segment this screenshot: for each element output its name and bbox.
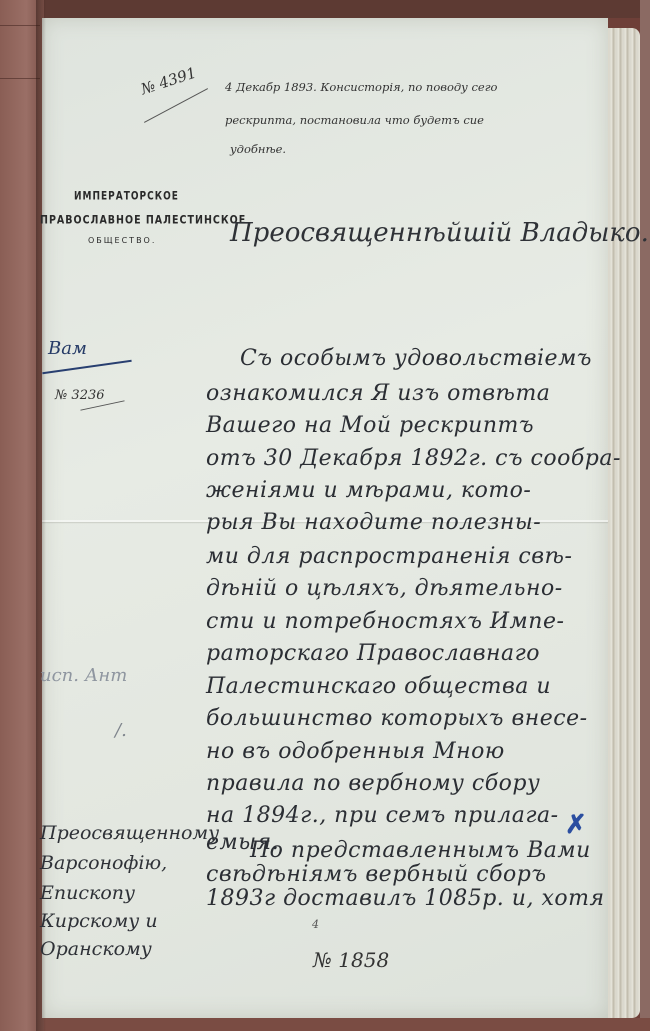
addressee-line: Варсонофію, (40, 852, 167, 874)
margin-number: № 3236 (55, 388, 105, 403)
body-line: Вашего на Мой рескриптъ (206, 413, 534, 438)
margin-note-blue: Вам (48, 338, 87, 359)
top-note-line-1: 4 Декабр 1893. Консисторія, по поводу се… (225, 80, 497, 94)
addressee-line: Оранскому (40, 938, 152, 960)
salutation: Преосвященнѣйшій Владыко. (230, 218, 649, 248)
body-line: рыя Вы находите полезны- (206, 510, 541, 535)
body-line: отъ 30 Декабря 1892г. съ сообра- (206, 446, 621, 471)
body-line: но въ одобренныя Мною (206, 739, 505, 764)
top-note-line-3: удобнѣе. (230, 142, 286, 156)
body-line: раторскаго Православнаго (206, 641, 540, 666)
body-line: дѣній о цѣляхъ, дѣятельно- (206, 576, 563, 601)
margin-slash-mark: /. (115, 720, 127, 741)
body-line: правила по вербному сбору (206, 771, 540, 796)
letterhead-line-1: ИМПЕРАТОРСКОЕ (74, 191, 179, 204)
body-line: ознакомился Я изъ отвѣта (206, 381, 550, 406)
body-line: свѣдѣніямъ вербный сборъ (206, 862, 547, 887)
body-line: Съ особымъ удовольствіемъ (240, 346, 592, 371)
cover-rule-line (0, 25, 40, 26)
blue-cross-mark-icon: ✗ (565, 810, 587, 840)
body-line: сти и потребностяхъ Импе- (206, 609, 564, 634)
body-line: Палестинскаго общества и (206, 674, 551, 699)
margin-faint-pencil-note: исп. Ант (40, 665, 127, 686)
letterhead-line-2: ПРАВОСЛАВНОЕ ПАЛЕСТИНСКОЕ (40, 214, 246, 228)
addressee-line: Епископу (40, 882, 135, 904)
addressee-line: Кирскому и (40, 910, 158, 932)
cover-rule-line (0, 78, 40, 79)
top-note-line-2: рескрипта, постановила что будетъ сие (225, 113, 484, 127)
body-line: По представленнымъ Вами (250, 838, 591, 863)
folder-top-edge (44, 0, 650, 18)
body-line: большинство которыхъ внесе- (206, 706, 588, 731)
body-line: на 1894г., при семъ прилага- (206, 803, 559, 828)
addressee-line: Преосвященному (40, 822, 219, 844)
folder-bottom-edge (44, 1018, 650, 1031)
letterhead-line-3: ОБЩЕСТВО. (88, 236, 156, 245)
page-mark: 4 (312, 918, 319, 931)
body-line: ми для распространенія свѣ- (206, 544, 572, 569)
bottom-number: № 1858 (313, 948, 389, 972)
body-line: 1893г доставилъ 1085р. и, хотя (206, 886, 605, 911)
body-line: женіями и мѣрами, кото- (206, 478, 531, 503)
folder-right-edge (640, 0, 650, 1031)
spine-shadow (36, 0, 46, 1031)
